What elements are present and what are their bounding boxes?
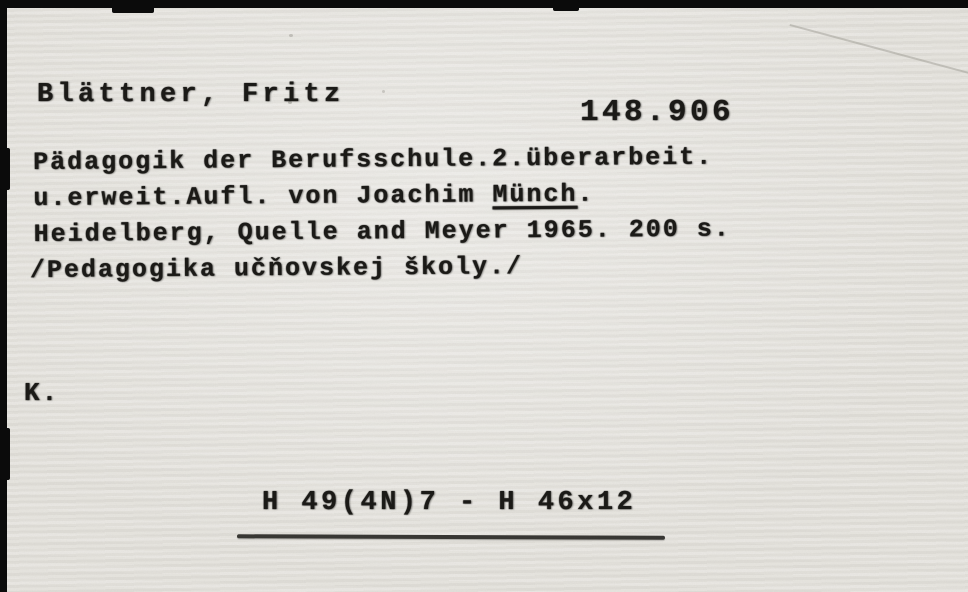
scan-edge-nub bbox=[0, 148, 10, 190]
annotation-letter: K. bbox=[24, 378, 59, 408]
author-heading: Blättner, Fritz bbox=[37, 80, 345, 110]
scan-edge-nub bbox=[112, 0, 154, 13]
description-line-2-period: . bbox=[577, 180, 594, 209]
shelfmark-underline bbox=[237, 534, 665, 539]
description-line-1: Pädagogik der Berufsschule.2.überarbeit. bbox=[33, 140, 730, 181]
description-line-3: Heidelberg, Quelle and Meyer 1965. 200 s… bbox=[34, 212, 731, 253]
scratch-mark bbox=[789, 24, 968, 75]
scan-edge-nub bbox=[0, 428, 10, 480]
scan-edge-left bbox=[0, 0, 7, 592]
call-number: 148.906 bbox=[580, 95, 734, 130]
paper-speck bbox=[382, 90, 385, 93]
paper-speck bbox=[289, 34, 293, 37]
underlined-surname: Münch bbox=[492, 180, 577, 210]
bibliographic-description: Pädagogik der Berufsschule.2.überarbeit.… bbox=[33, 140, 731, 289]
scan-edge-nub bbox=[553, 0, 579, 11]
description-line-2: u.erweit.Aufl. von Joachim Münch. bbox=[33, 176, 730, 217]
shelfmark: H 49(4N)7 - H 46x12 bbox=[262, 488, 636, 518]
library-catalog-card-scan: Blättner, Fritz 148.906 Pädagogik der Be… bbox=[0, 0, 968, 592]
description-line-2-text: u.erweit.Aufl. von Joachim bbox=[33, 180, 492, 213]
description-line-4: /Pedagogika učňovskej školy./ bbox=[30, 248, 731, 290]
